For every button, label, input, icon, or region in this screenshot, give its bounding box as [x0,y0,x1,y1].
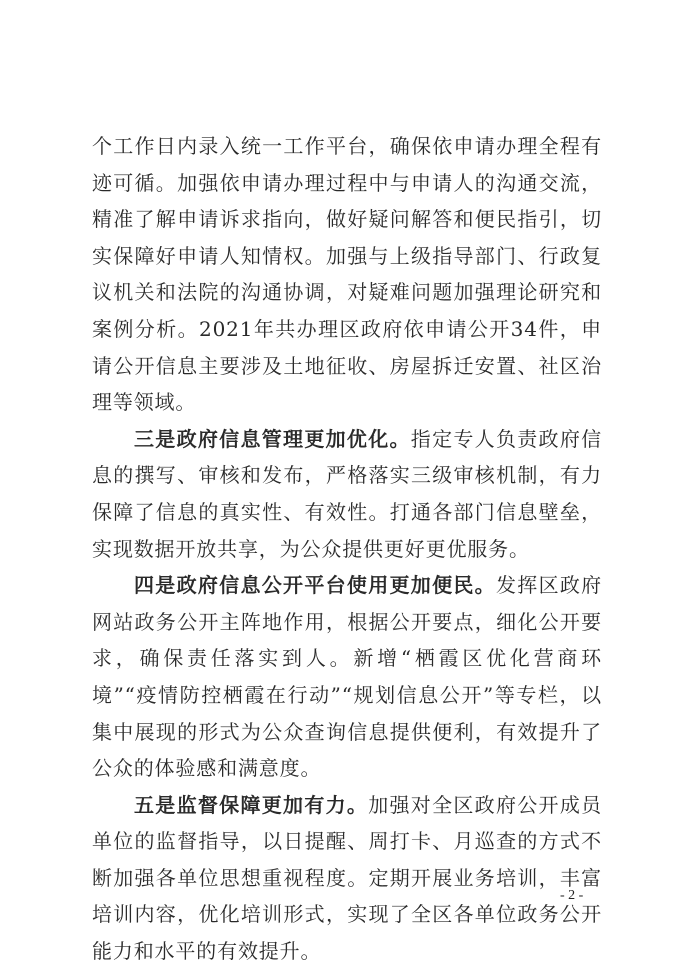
paragraph-continuation: 个工作日内录入统一工作平台，确保依申请办理全程有迹可循。加强依申请办理过程中与申… [92,128,602,421]
paragraph-text: 发挥区政府网站政务公开主阵地作用，根据公开要点，细化公开要求，确保责任落实到人。… [92,573,602,780]
paragraph-info-management: 三是政府信息管理更加优化。指定专人负责政府信息的撰写、审核和发布，严格落实三级审… [92,421,602,567]
document-body: 个工作日内录入统一工作平台，确保依申请办理全程有迹可循。加强依申请办理过程中与申… [92,128,602,962]
paragraph-text: 个工作日内录入统一工作平台，确保依申请办理全程有迹可循。加强依申请办理过程中与申… [92,134,602,414]
paragraph-platform: 四是政府信息公开平台使用更加便民。发挥区政府网站政务公开主阵地作用，根据公开要点… [92,567,602,787]
paragraph-supervision: 五是监督保障更加有力。加强对全区政府公开成员单位的监督指导，以日提醒、周打卡、月… [92,787,602,962]
page-number: - 2 - [560,888,583,904]
paragraph-text: 加强对全区政府公开成员单位的监督指导，以日提醒、周打卡、月巡查的方式不断加强各单… [92,793,602,962]
paragraph-lead: 四是政府信息公开平台使用更加便民。 [134,573,496,597]
paragraph-lead: 三是政府信息管理更加优化。 [134,427,411,451]
paragraph-lead: 五是监督保障更加有力。 [134,793,368,817]
